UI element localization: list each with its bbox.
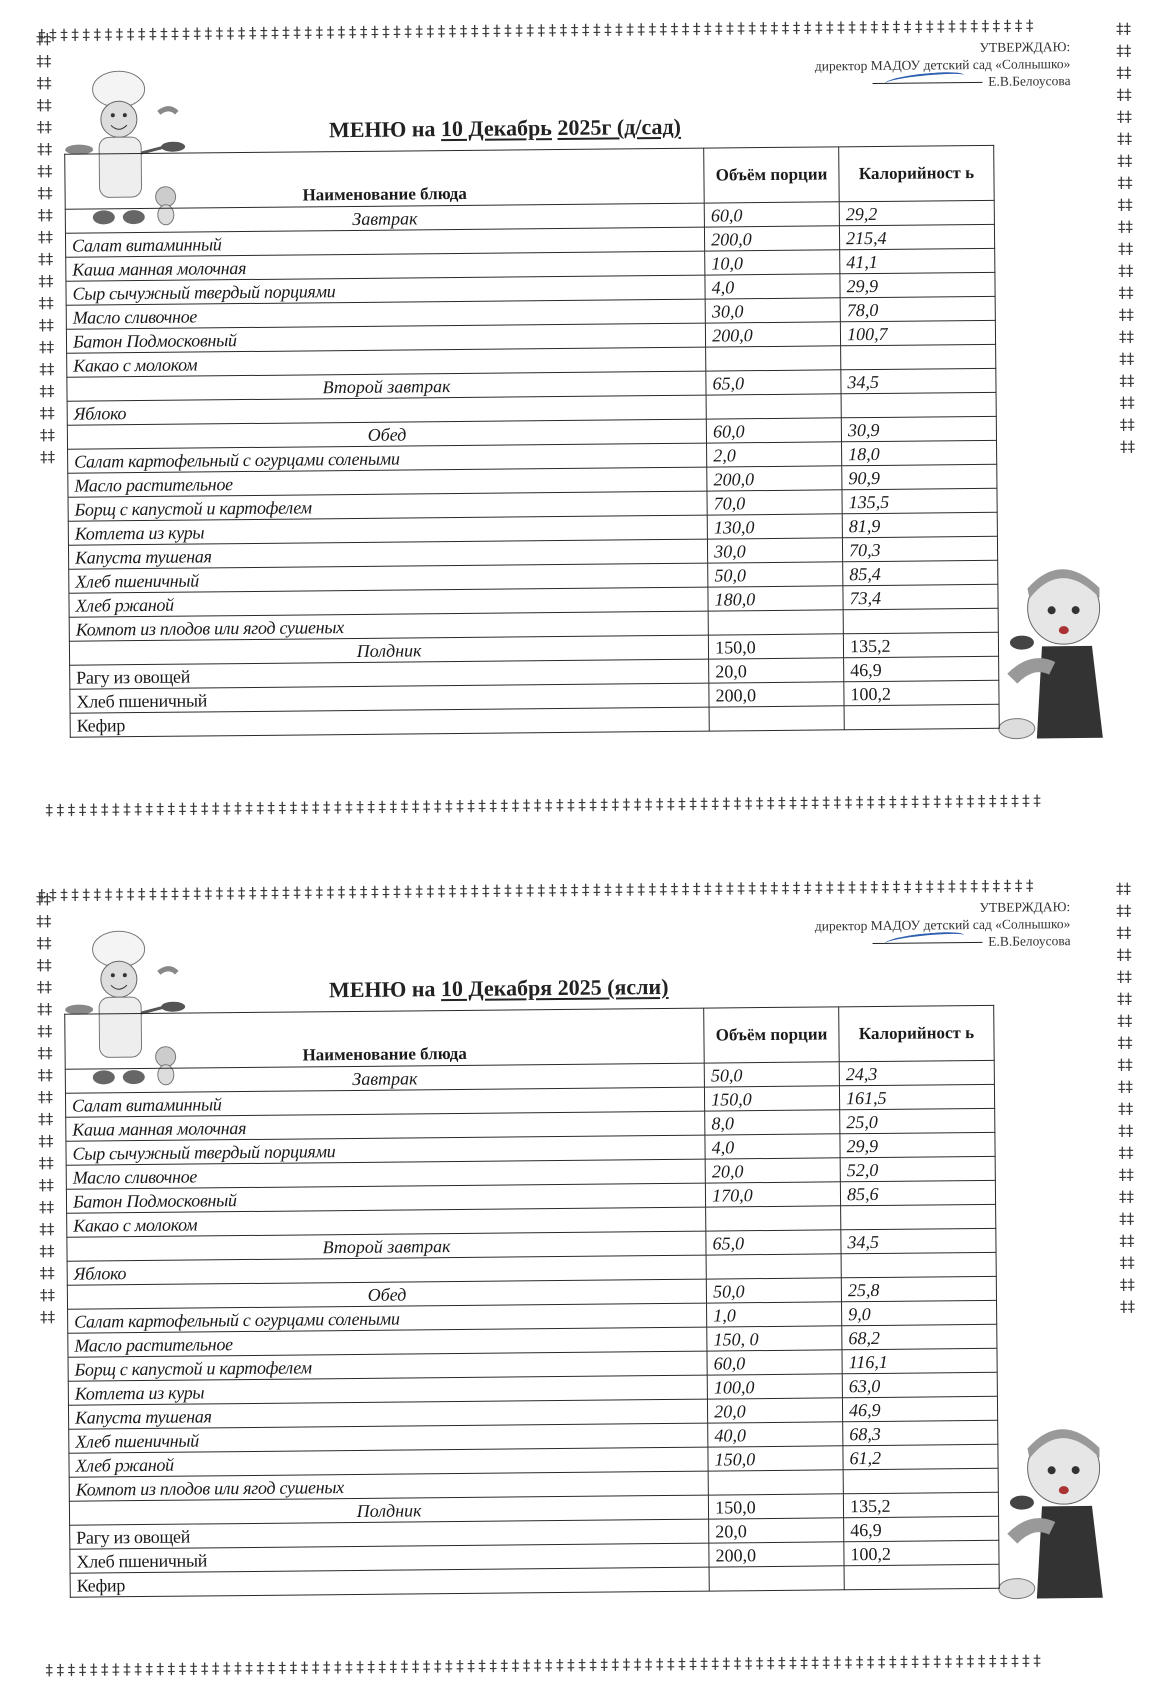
portion-value: 65,0 xyxy=(706,370,841,395)
title-prefix: МЕНЮ на xyxy=(329,976,441,1002)
calories-value: 135,2 xyxy=(843,1492,998,1517)
calories-value: 73,4 xyxy=(843,584,998,609)
calories-value: 41,1 xyxy=(840,248,995,273)
portion-value: 20,0 xyxy=(705,1158,840,1183)
border-ornament-icon: ‡‡‡‡‡‡‡‡‡‡‡‡‡‡‡‡‡‡‡‡‡‡‡‡‡‡‡‡‡‡‡‡‡‡‡‡‡‡‡‡ xyxy=(36,888,60,1678)
portion-value: 4,0 xyxy=(705,1134,840,1159)
border-ornament-icon: ‡‡‡‡‡‡‡‡‡‡‡‡‡‡‡‡‡‡‡‡‡‡‡‡‡‡‡‡‡‡‡‡‡‡‡‡‡‡‡‡… xyxy=(45,1652,1137,1677)
portion-value: 150,0 xyxy=(705,1086,840,1111)
portion-value xyxy=(706,346,841,371)
column-header-calories: Калорийност ь xyxy=(839,145,994,201)
portion-value: 170,0 xyxy=(706,1182,841,1207)
portion-value xyxy=(706,394,841,419)
calories-value: 90,9 xyxy=(842,464,997,489)
portion-value: 40,0 xyxy=(708,1422,843,1447)
column-header-calories: Калорийност ь xyxy=(839,1005,994,1061)
portion-value: 200,0 xyxy=(709,682,844,707)
menu-sheet-kindergarten: ‡‡‡‡‡‡‡‡‡‡‡‡‡‡‡‡‡‡‡‡‡‡‡‡‡‡‡‡‡‡‡‡‡‡‡‡‡‡‡‡… xyxy=(38,18,1138,818)
menu-table: Наименование блюда Объём порции Калорийн… xyxy=(64,145,1000,738)
approval-signer: Е.В.Белоусова xyxy=(988,73,1071,89)
portion-value: 200,0 xyxy=(709,1542,844,1567)
portion-value: 200,0 xyxy=(707,466,842,491)
calories-value: 34,5 xyxy=(841,368,996,393)
calories-value: 70,3 xyxy=(842,536,997,561)
calories-value: 18,0 xyxy=(842,440,997,465)
calories-value xyxy=(843,608,998,633)
calories-value: 52,0 xyxy=(840,1156,995,1181)
calories-value: 25,8 xyxy=(841,1276,996,1301)
portion-value: 180,0 xyxy=(708,586,843,611)
signature-icon xyxy=(872,941,982,944)
border-ornament-icon: ‡‡‡‡‡‡‡‡‡‡‡‡‡‡‡‡‡‡‡‡‡‡‡‡‡‡‡‡‡‡‡‡‡‡‡‡‡‡‡‡ xyxy=(1116,877,1140,1667)
calories-value: 116,1 xyxy=(842,1348,997,1373)
calories-value: 46,9 xyxy=(842,1396,997,1421)
portion-value xyxy=(708,610,843,635)
portion-value xyxy=(706,1254,841,1279)
calories-value: 61,2 xyxy=(843,1444,998,1469)
calories-value xyxy=(841,344,996,369)
title-prefix: МЕНЮ на xyxy=(329,116,441,142)
child-eating-illustration-icon xyxy=(991,558,1113,759)
title-year: 2025г (д/сад) xyxy=(557,114,681,140)
portion-value: 1,0 xyxy=(707,1302,842,1327)
calories-value xyxy=(841,1252,996,1277)
portion-value: 50,0 xyxy=(708,562,843,587)
calories-value: 29,2 xyxy=(839,200,994,225)
portion-value: 10,0 xyxy=(705,250,840,275)
calories-value: 135,2 xyxy=(843,632,998,657)
portion-value: 60,0 xyxy=(704,202,839,227)
portion-value: 150,0 xyxy=(708,1446,843,1471)
calories-value: 85,6 xyxy=(840,1180,995,1205)
calories-value: 29,9 xyxy=(840,272,995,297)
calories-value: 9,0 xyxy=(842,1300,997,1325)
calories-value: 161,5 xyxy=(839,1084,994,1109)
portion-value: 50,0 xyxy=(706,1278,841,1303)
table-header-row: Наименование блюда Объём порции Калорийн… xyxy=(65,145,994,209)
calories-value: 78,0 xyxy=(840,296,995,321)
signature-icon xyxy=(872,81,982,84)
calories-value xyxy=(844,1564,999,1589)
calories-value: 24,3 xyxy=(839,1060,994,1085)
calories-value: 215,4 xyxy=(839,224,994,249)
portion-value: 130,0 xyxy=(707,514,842,539)
calories-value: 30,9 xyxy=(841,416,996,441)
calories-value: 100,2 xyxy=(844,1540,999,1565)
portion-value: 150,0 xyxy=(709,634,844,659)
portion-value: 100,0 xyxy=(707,1374,842,1399)
calories-value: 46,9 xyxy=(844,656,999,681)
border-ornament-icon: ‡‡‡‡‡‡‡‡‡‡‡‡‡‡‡‡‡‡‡‡‡‡‡‡‡‡‡‡‡‡‡‡‡‡‡‡‡‡‡‡ xyxy=(1116,17,1140,807)
portion-value: 30,0 xyxy=(705,298,840,323)
column-header-portion: Объём порции xyxy=(704,1007,839,1063)
portion-value: 150, 0 xyxy=(707,1326,842,1351)
title-date: 10 Декабря 2025 (ясли) xyxy=(441,974,669,1001)
calories-value: 81,9 xyxy=(842,512,997,537)
calories-value: 34,5 xyxy=(841,1228,996,1253)
portion-value: 50,0 xyxy=(704,1062,839,1087)
table-header-row: Наименование блюда Объём порции Калорийн… xyxy=(65,1005,994,1069)
portion-value: 20,0 xyxy=(709,658,844,683)
approval-signer: Е.В.Белоусова xyxy=(988,933,1071,949)
portion-value xyxy=(708,1470,843,1495)
calories-value: 85,4 xyxy=(843,560,998,585)
portion-value: 60,0 xyxy=(706,418,841,443)
calories-value: 29,9 xyxy=(840,1132,995,1157)
approval-signature-line: Е.В.Белоусова xyxy=(815,932,1071,951)
portion-value: 200,0 xyxy=(705,226,840,251)
portion-value: 30,0 xyxy=(708,538,843,563)
calories-value: 25,0 xyxy=(840,1108,995,1133)
calories-value: 135,5 xyxy=(842,488,997,513)
portion-value: 20,0 xyxy=(708,1398,843,1423)
calories-value: 68,2 xyxy=(842,1324,997,1349)
column-header-name: Наименование блюда xyxy=(65,148,705,209)
border-ornament-icon: ‡‡‡‡‡‡‡‡‡‡‡‡‡‡‡‡‡‡‡‡‡‡‡‡‡‡‡‡‡‡‡‡‡‡‡‡‡‡‡‡… xyxy=(45,792,1137,817)
calories-value xyxy=(841,1204,996,1229)
portion-value: 4,0 xyxy=(705,274,840,299)
column-header-name: Наименование блюда xyxy=(65,1008,705,1069)
menu-sheet-nursery: ‡‡‡‡‡‡‡‡‡‡‡‡‡‡‡‡‡‡‡‡‡‡‡‡‡‡‡‡‡‡‡‡‡‡‡‡‡‡‡‡… xyxy=(38,878,1138,1678)
calories-value: 100,7 xyxy=(840,320,995,345)
portion-value: 150,0 xyxy=(709,1494,844,1519)
calories-value: 100,2 xyxy=(844,680,999,705)
calories-value xyxy=(841,392,996,417)
page-title: МЕНЮ на 10 Декабря 2025 (ясли) xyxy=(329,974,669,1003)
column-header-portion: Объём порции xyxy=(704,147,839,203)
approval-signature-line: Е.В.Белоусова xyxy=(815,72,1071,91)
portion-value: 2,0 xyxy=(707,442,842,467)
menu-table: Наименование блюда Объём порции Калорийн… xyxy=(64,1005,1000,1598)
calories-value xyxy=(844,704,999,729)
page-title: МЕНЮ на 10 Декабрь 2025г (д/сад) xyxy=(329,114,681,143)
approval-block: УТВЕРЖДАЮ: директор МАДОУ детский сад «С… xyxy=(815,898,1071,951)
calories-value: 68,3 xyxy=(843,1420,998,1445)
portion-value xyxy=(709,706,844,731)
calories-value xyxy=(843,1468,998,1493)
calories-value: 46,9 xyxy=(844,1516,999,1541)
portion-value xyxy=(709,1566,844,1591)
title-date: 10 Декабрь xyxy=(441,115,552,141)
portion-value: 60,0 xyxy=(707,1350,842,1375)
portion-value: 20,0 xyxy=(709,1518,844,1543)
portion-value: 70,0 xyxy=(707,490,842,515)
child-eating-illustration-icon xyxy=(991,1418,1113,1619)
calories-value: 63,0 xyxy=(842,1372,997,1397)
border-ornament-icon: ‡‡‡‡‡‡‡‡‡‡‡‡‡‡‡‡‡‡‡‡‡‡‡‡‡‡‡‡‡‡‡‡‡‡‡‡‡‡‡‡ xyxy=(36,28,60,818)
portion-value: 65,0 xyxy=(706,1230,841,1255)
approval-block: УТВЕРЖДАЮ: директор МАДОУ детский сад «С… xyxy=(815,38,1071,91)
portion-value xyxy=(706,1206,841,1231)
portion-value: 200,0 xyxy=(706,322,841,347)
portion-value: 8,0 xyxy=(705,1110,840,1135)
